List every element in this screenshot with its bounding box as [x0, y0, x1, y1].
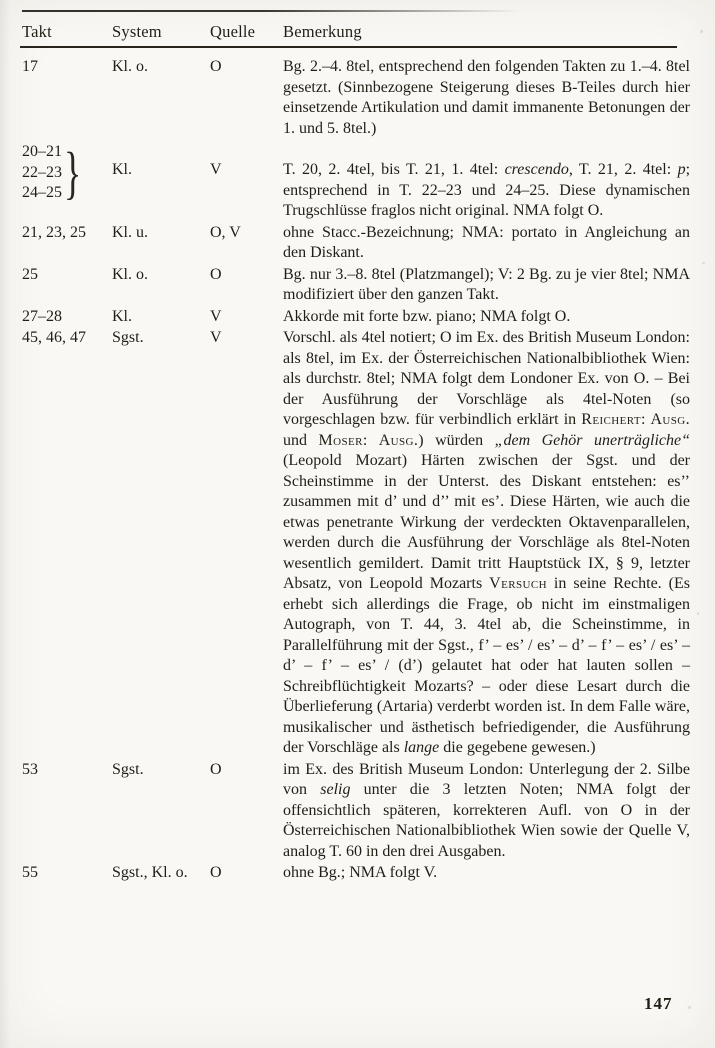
bemerkung-text-segment: (Leopold Mozart) Härten zwischen der Sgs… [283, 452, 690, 592]
system-cell: Sgst., Kl. o. [112, 863, 210, 884]
table-row: 45, 46, 47Sgst.VVorschl. als 4tel notier… [22, 328, 690, 759]
document-page: Takt System Quelle Bemerkung 17Kl. o.OBg… [0, 0, 715, 1048]
column-header-takt: Takt [22, 22, 112, 43]
table-header-rule [20, 46, 677, 48]
bemerkung-text-segment: ohne Stacc.-Bezeichnung; NMA: portato in… [283, 224, 690, 262]
group-brace-glyph: } [64, 142, 81, 203]
takt-measure-range: 22–23 [22, 163, 62, 184]
system-cell: Kl. o. [112, 265, 210, 306]
scan-speck [688, 1006, 691, 1009]
quelle-cell: V [210, 328, 283, 759]
quelle-cell: O, V [210, 223, 283, 264]
scan-speck [702, 262, 705, 264]
bemerkung-text-segment: Akkorde mit forte bzw. piano; NMA folgt … [283, 308, 570, 325]
column-header-bemerkung: Bemerkung [283, 22, 690, 43]
table-body: 17Kl. o.OBg. 2.–4. 8tel, entsprechend de… [22, 57, 690, 885]
takt-measure-lines: 20–2122–2324–25 [22, 142, 62, 204]
takt-measure-range: 20–21 [22, 142, 62, 163]
scan-speck [697, 612, 699, 615]
takt-measure-range: 24–25 [22, 183, 62, 204]
bemerkung-text-segment: „dem Gehör unerträgliche“ [495, 432, 690, 449]
bemerkung-text-segment: in seine Rechte. (Es erhebt sich allerdi… [283, 575, 690, 756]
quelle-cell: V [210, 307, 283, 328]
takt-cell: 53 [22, 760, 112, 863]
takt-value: 45, 46, 47 [22, 329, 86, 346]
table-row: 21, 23, 25Kl. u.O, Vohne Stacc.-Bezeichn… [22, 223, 690, 264]
system-cell: Kl. o. [112, 57, 210, 139]
system-cell: Kl. u. [112, 223, 210, 264]
takt-value: 21, 23, 25 [22, 224, 86, 241]
bemerkung-text-segment: die gegebene gewesen.) [439, 739, 595, 756]
bemerkung-text-segment: Moser: Ausg. [319, 432, 419, 449]
takt-measure-group: 20–2122–2324–25} [22, 142, 112, 204]
quelle-cell: O [210, 863, 283, 884]
takt-value: 53 [22, 761, 38, 778]
takt-cell: 27–28 [22, 307, 112, 328]
takt-value: 27–28 [22, 308, 62, 325]
takt-cell: 45, 46, 47 [22, 328, 112, 759]
quelle-cell: O [210, 265, 283, 306]
bemerkung-text-segment: lange [404, 739, 440, 756]
bemerkung-cell: ohne Bg.; NMA folgt V. [283, 863, 690, 884]
column-header-system: System [112, 22, 210, 43]
takt-value: 25 [22, 266, 38, 283]
bemerkung-text-segment: , T. 21, 2. 4tel: [569, 161, 678, 178]
bemerkung-cell: Vorschl. als 4tel notiert; O im Ex. des … [283, 328, 690, 759]
scan-speck [700, 30, 703, 33]
table-row: 20–2122–2324–25}Kl.VT. 20, 2. 4tel, bis … [22, 142, 690, 222]
bemerkung-cell: ohne Stacc.-Bezeichnung; NMA: portato in… [283, 223, 690, 264]
table-row: 25Kl. o.OBg. nur 3.–8. 8tel (Platzmangel… [22, 265, 690, 306]
table-header-row: Takt System Quelle Bemerkung [22, 22, 690, 43]
takt-cell: 20–2122–2324–25} [22, 142, 112, 222]
bemerkung-text-segment: ) würden [418, 432, 494, 449]
bemerkung-cell: im Ex. des British Museum London: Unterl… [283, 760, 690, 863]
bemerkung-text-segment: p [678, 161, 686, 178]
bemerkung-text-segment: Versuch [489, 575, 547, 592]
bemerkung-text-segment: crescendo [505, 161, 569, 178]
page-number: 147 [644, 994, 673, 1014]
system-cell: Kl. [112, 142, 210, 222]
takt-value: 17 [22, 58, 38, 75]
quelle-cell: V [210, 142, 283, 222]
bemerkung-text-segment: T. 20, 2. 4tel, bis T. 21, 1. 4tel: [283, 161, 505, 178]
takt-cell: 55 [22, 863, 112, 884]
system-cell: Kl. [112, 307, 210, 328]
system-cell: Sgst. [112, 760, 210, 863]
quelle-cell: O [210, 760, 283, 863]
table-row: 27–28Kl.VAkkorde mit forte bzw. piano; N… [22, 307, 690, 328]
takt-value: 55 [22, 864, 38, 881]
bemerkung-text-segment: Bg. nur 3.–8. 8tel (Platzmangel); V: 2 B… [283, 266, 690, 304]
bemerkung-text-segment: ohne Bg.; NMA folgt V. [283, 864, 437, 881]
takt-cell: 25 [22, 265, 112, 306]
takt-cell: 21, 23, 25 [22, 223, 112, 264]
bemerkung-cell: T. 20, 2. 4tel, bis T. 21, 1. 4tel: cres… [283, 142, 690, 222]
quelle-cell: O [210, 57, 283, 139]
table-row: 17Kl. o.OBg. 2.–4. 8tel, entsprechend de… [22, 57, 690, 139]
table-row: 55Sgst., Kl. o.Oohne Bg.; NMA folgt V. [22, 863, 690, 884]
takt-cell: 17 [22, 57, 112, 139]
bemerkung-text-segment: Reichert: Ausg. [581, 411, 690, 428]
system-cell: Sgst. [112, 328, 210, 759]
bemerkung-cell: Bg. 2.–4. 8tel, entsprechend den folgend… [283, 57, 690, 139]
table-top-rule [22, 10, 562, 12]
bemerkung-text-segment: Bg. 2.–4. 8tel, entsprechend den folgend… [283, 58, 690, 137]
bemerkung-cell: Akkorde mit forte bzw. piano; NMA folgt … [283, 307, 690, 328]
bemerkung-text-segment: und [283, 432, 319, 449]
column-header-quelle: Quelle [210, 22, 283, 43]
bemerkung-text-segment: selig [320, 781, 350, 798]
scan-edge-shading [0, 0, 10, 1048]
table-row: 53Sgst.Oim Ex. des British Museum London… [22, 760, 690, 863]
bemerkung-cell: Bg. nur 3.–8. 8tel (Platzmangel); V: 2 B… [283, 265, 690, 306]
